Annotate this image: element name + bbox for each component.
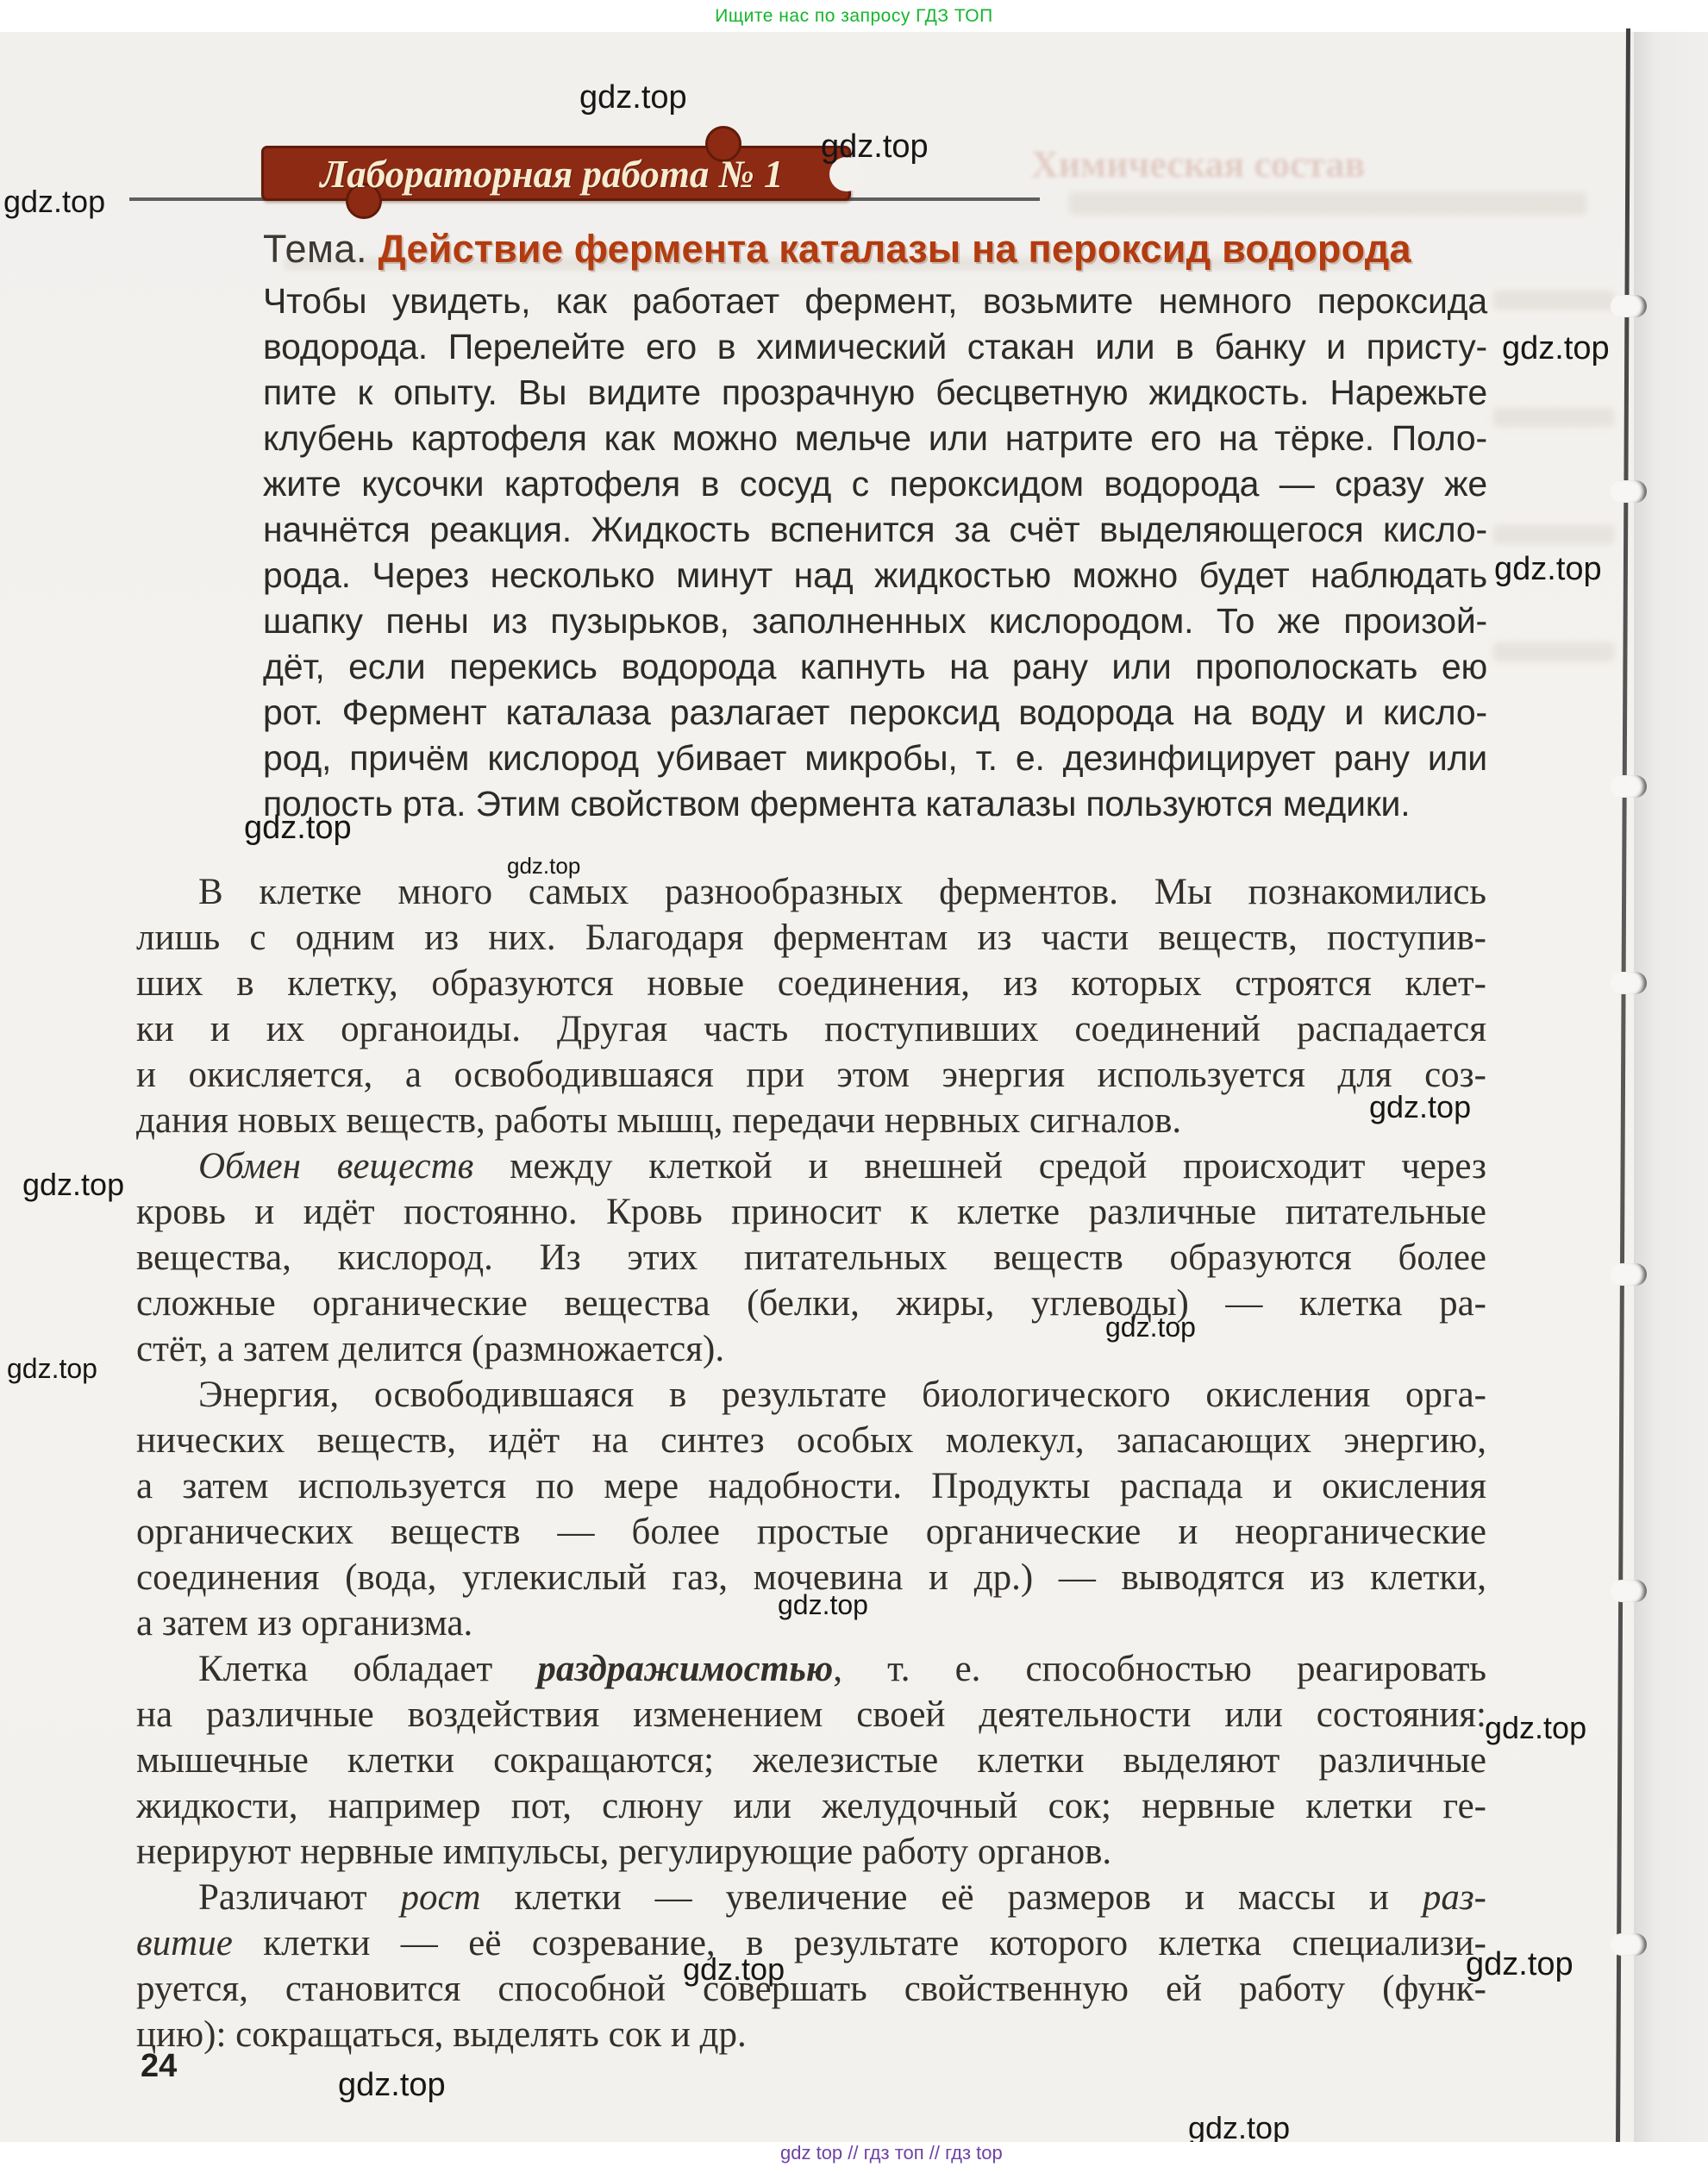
text-line: на различные воздействия изменением свое…: [136, 1692, 1486, 1738]
text-line: нических веществ, идёт на синтез особых …: [136, 1418, 1486, 1463]
text-segment: род, причём кислород убивает микробы, т.…: [263, 738, 1487, 778]
text-segment: лишь с одним из них. Благодаря ферментам…: [136, 917, 1486, 958]
gdz-watermark: gdz.top: [1369, 1089, 1471, 1125]
body-paragraph: Различают рост клетки — увеличение её ра…: [136, 1875, 1486, 2057]
text-line: лишь с одним из них. Благодаря ферментам…: [136, 915, 1486, 961]
text-line: а затем используется по мере надобности.…: [136, 1463, 1486, 1509]
ghost-bleed-bar: [1493, 525, 1614, 544]
page-edge-notch-icon: [1611, 775, 1647, 798]
gdz-watermark: gdz.top: [683, 1951, 785, 1988]
site-footer: gdz top // гдз топ // гдз top: [0, 2142, 1708, 2173]
text-segment: вещества, кислород. Из этих питательных …: [136, 1237, 1486, 1278]
scan-edge-area: [1634, 32, 1708, 2142]
text-line: цию): сокращаться, выделять сок и др.: [136, 2012, 1486, 2057]
text-line: полость рта. Этим свойством фермента кат…: [263, 781, 1487, 827]
theme-label: Тема.: [263, 227, 367, 271]
text-segment: , т. е. способностью реагировать: [833, 1649, 1486, 1689]
page-edge-notch-icon: [1611, 972, 1647, 994]
text-segment: начнётся реакция. Жидкость вспенится за …: [263, 510, 1487, 549]
page-number: 24: [141, 2048, 177, 2085]
text-segment: ших в клетку, образуются новые соединени…: [136, 963, 1486, 1004]
text-segment: а затем из организма.: [136, 1603, 472, 1644]
gdz-watermark: gdz.top: [1485, 1710, 1586, 1746]
text-segment: Обмен веществ: [198, 1146, 473, 1187]
text-line: шапку пены из пузырьков, заполненных кис…: [263, 598, 1487, 644]
body-paragraph: В клетке много самых разнообразных ферме…: [136, 869, 1486, 1143]
text-segment: Энергия, освободившаяся в результате био…: [198, 1375, 1486, 1415]
page-edge-notch-icon: [1611, 295, 1647, 317]
lab-work-banner: Лабораторная работа № 1: [261, 146, 851, 201]
text-segment: дёт, если перекись водорода капнуть на р…: [263, 647, 1487, 686]
page-edge-notch-icon: [1611, 1263, 1647, 1286]
gdz-watermark: gdz.top: [821, 128, 929, 166]
text-segment: на различные воздействия изменением свое…: [136, 1694, 1486, 1735]
gdz-watermark: gdz.top: [1494, 551, 1602, 588]
text-segment: руется, становится способной совершать с…: [136, 1969, 1486, 2009]
page-edge-notch-icon: [1611, 1933, 1647, 1956]
text-line: вещества, кислород. Из этих питательных …: [136, 1235, 1486, 1281]
gdz-watermark: gdz.top: [244, 810, 352, 847]
text-line: В клетке много самых разнообразных ферме…: [136, 869, 1486, 915]
text-segment: ки и их органоиды. Другая часть поступив…: [136, 1009, 1486, 1049]
text-segment: жите кусочки картофеля в сосуд с перокси…: [263, 464, 1487, 504]
page-edge-notch-icon: [1611, 480, 1647, 503]
text-segment: пите к опыту. Вы видите прозрачную бесцв…: [263, 373, 1487, 412]
text-line: рода. Через несколько минут над жидкость…: [263, 553, 1487, 598]
text-segment: клетки — увеличение её размеров и массы …: [481, 1877, 1423, 1918]
text-segment: между клеткой и внешней средой происходи…: [473, 1146, 1486, 1187]
text-segment: и окисляется, а освободившаяся при этом …: [136, 1055, 1486, 1095]
text-line: Обмен веществ между клеткой и внешней ср…: [136, 1143, 1486, 1189]
ghost-bleed-bar: [1493, 642, 1614, 661]
text-line: дёт, если перекись водорода капнуть на р…: [263, 644, 1487, 690]
text-line: витие клетки — её созревание, в результа…: [136, 1920, 1486, 1966]
lab-work-title: Лабораторная работа № 1: [264, 152, 840, 197]
text-line: род, причём кислород убивает микробы, т.…: [263, 736, 1487, 781]
gdz-watermark: gdz.top: [338, 2067, 446, 2104]
text-line: ки и их органоиды. Другая часть поступив…: [136, 1006, 1486, 1052]
text-segment: рода. Через несколько минут над жидкость…: [263, 555, 1487, 595]
ghost-bleed-bar: [1493, 291, 1614, 310]
site-header: Ищите нас по запросу ГДЗ ТОП: [0, 0, 1708, 32]
text-segment: шапку пены из пузырьков, заполненных кис…: [263, 601, 1487, 641]
text-segment: раз-: [1423, 1877, 1486, 1918]
ghost-bleed-text: Химическая состав: [1031, 142, 1365, 186]
text-segment: Клетка обладает: [198, 1649, 537, 1689]
gdz-watermark: gdz.top: [579, 79, 687, 116]
text-segment: рот. Фермент каталаза разлагает пероксид…: [263, 692, 1487, 732]
text-segment: мышечные клетки сокращаются; железистые …: [136, 1740, 1486, 1781]
text-segment: водорода. Перелейте его в химический ста…: [263, 327, 1487, 366]
body-paragraph: Клетка обладает раздражимостью, т. е. сп…: [136, 1646, 1486, 1875]
text-line: ших в клетку, образуются новые соединени…: [136, 961, 1486, 1006]
lab-instructions-paragraph: Чтобы увидеть, как работает фермент, воз…: [263, 279, 1487, 827]
text-line: рот. Фермент каталаза разлагает пероксид…: [263, 690, 1487, 736]
text-segment: цию): сокращаться, выделять сок и др.: [136, 2014, 747, 2055]
gdz-watermark: gdz.top: [1466, 1946, 1573, 1983]
page-edge-notch-icon: [1611, 1580, 1647, 1602]
gdz-watermark: gdz.top: [1105, 1312, 1196, 1343]
text-line: кровь и идёт постоянно. Кровь приносит к…: [136, 1189, 1486, 1235]
text-line: дания новых веществ, работы мышц, переда…: [136, 1098, 1486, 1143]
body-paragraph: Обмен веществ между клеткой и внешней ср…: [136, 1143, 1486, 1372]
text-segment: В клетке много самых разнообразных ферме…: [198, 872, 1486, 912]
body-text: В клетке много самых разнообразных ферме…: [136, 869, 1486, 2057]
gdz-watermark: gdz.top: [22, 1167, 124, 1203]
gdz-watermark: gdz.top: [1502, 330, 1610, 367]
theme-title: Действие фермента каталазы на пероксид в…: [367, 227, 1411, 271]
ghost-bleed-bar: [1493, 408, 1614, 427]
screenshot-root: Ищите нас по запросу ГДЗ ТОП Химическая …: [0, 0, 1708, 2173]
text-line: руется, становится способной совершать с…: [136, 1966, 1486, 2012]
text-line: сложные органические вещества (белки, жи…: [136, 1281, 1486, 1326]
text-segment: клетки — её созревание, в результате кот…: [233, 1923, 1486, 1963]
text-line: Клетка обладает раздражимостью, т. е. сп…: [136, 1646, 1486, 1692]
theme-heading: Тема. Действие фермента каталазы на перо…: [263, 227, 1513, 272]
ghost-bleed-bar: [1069, 192, 1586, 215]
gdz-watermark: gdz.top: [7, 1353, 97, 1385]
gdz-watermark: gdz.top: [778, 1589, 868, 1621]
text-segment: рост: [400, 1877, 480, 1918]
site-footer-text: gdz top // гдз топ // гдз top: [780, 2142, 1003, 2164]
scan-edge-line: [1616, 28, 1630, 2150]
text-segment: Чтобы увидеть, как работает фермент, воз…: [263, 281, 1487, 321]
text-line: нерируют нервные импульсы, регулирующие …: [136, 1829, 1486, 1875]
text-line: пите к опыту. Вы видите прозрачную бесцв…: [263, 370, 1487, 416]
gdz-watermark: gdz.top: [507, 853, 580, 880]
text-segment: жидкости, например пот, слюну или желудо…: [136, 1786, 1486, 1826]
text-line: стёт, а затем делится (размножается).: [136, 1326, 1486, 1372]
text-line: клубень картофеля как можно мельче или н…: [263, 416, 1487, 461]
text-line: Энергия, освободившаяся в результате био…: [136, 1372, 1486, 1418]
text-segment: кровь и идёт постоянно. Кровь приносит к…: [136, 1192, 1486, 1232]
text-segment: раздражимостью: [537, 1649, 833, 1689]
text-line: мышечные клетки сокращаются; железистые …: [136, 1738, 1486, 1783]
text-line: жидкости, например пот, слюну или желудо…: [136, 1783, 1486, 1829]
text-segment: клубень картофеля как можно мельче или н…: [263, 418, 1487, 458]
text-line: и окисляется, а освободившаяся при этом …: [136, 1052, 1486, 1098]
text-line: органических веществ — более простые орг…: [136, 1509, 1486, 1555]
text-line: начнётся реакция. Жидкость вспенится за …: [263, 507, 1487, 553]
text-line: жите кусочки картофеля в сосуд с перокси…: [263, 461, 1487, 507]
text-segment: стёт, а затем делится (размножается).: [136, 1329, 724, 1369]
text-segment: витие: [136, 1923, 233, 1963]
text-segment: полость рта. Этим свойством фермента кат…: [263, 784, 1410, 823]
text-segment: дания новых веществ, работы мышц, переда…: [136, 1100, 1181, 1141]
scanned-page: Химическая состав Лабораторная работа № …: [0, 32, 1708, 2142]
text-segment: органических веществ — более простые орг…: [136, 1512, 1486, 1552]
text-segment: нических веществ, идёт на синтез особых …: [136, 1420, 1486, 1461]
text-line: водорода. Перелейте его в химический ста…: [263, 324, 1487, 370]
gdz-watermark: gdz.top: [3, 184, 105, 220]
text-segment: Различают: [198, 1877, 400, 1918]
gdz-watermark: gdz.top: [1188, 2110, 1290, 2146]
text-line: Различают рост клетки — увеличение её ра…: [136, 1875, 1486, 1920]
text-segment: а затем используется по мере надобности.…: [136, 1466, 1486, 1506]
text-segment: нерируют нервные импульсы, регулирующие …: [136, 1832, 1111, 1872]
text-segment: сложные органические вещества (белки, жи…: [136, 1283, 1486, 1324]
text-line: Чтобы увидеть, как работает фермент, воз…: [263, 279, 1487, 324]
site-header-text: Ищите нас по запросу ГДЗ ТОП: [715, 6, 992, 27]
